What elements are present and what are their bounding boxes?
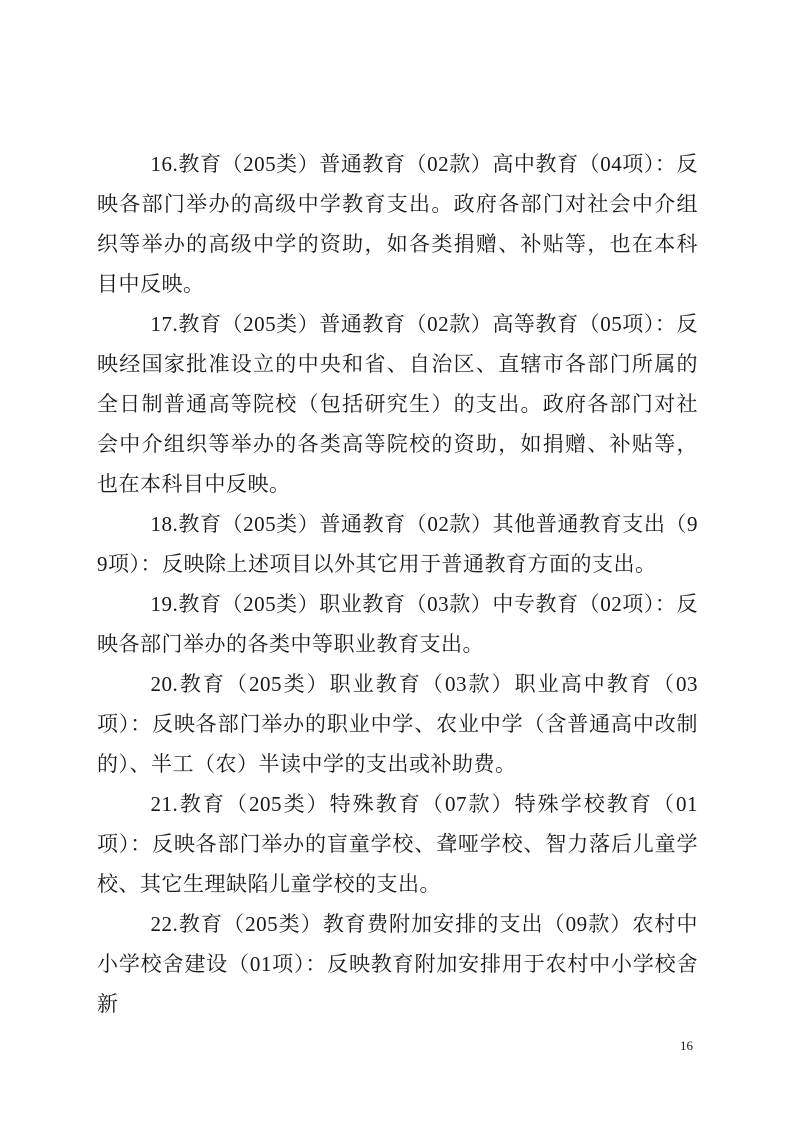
paragraph: 16.教育（205类）普通教育（02款）高中教育（04项）：反映各部门举办的高级… xyxy=(97,144,698,304)
paragraph: 21.教育（205类）特殊教育（07款）特殊学校教育（01项）：反映各部门举办的… xyxy=(97,784,698,904)
paragraph: 20.教育（205类）职业教育（03款）职业高中教育（03项）：反映各部门举办的… xyxy=(97,664,698,784)
paragraph: 18.教育（205类）普通教育（02款）其他普通教育支出（99项）：反映除上述项… xyxy=(97,504,698,584)
paragraph: 22.教育（205类）教育费附加安排的支出（09款）农村中小学校舍建设（01项）… xyxy=(97,904,698,1024)
paragraph: 17.教育（205类）普通教育（02款）高等教育（05项）：反映经国家批准设立的… xyxy=(97,304,698,504)
document-body: 16.教育（205类）普通教育（02款）高中教育（04项）：反映各部门举办的高级… xyxy=(97,144,698,1024)
paragraph: 19.教育（205类）职业教育（03款）中专教育（02项）：反映各部门举办的各类… xyxy=(97,584,698,664)
document-page: 16.教育（205类）普通教育（02款）高中教育（04项）：反映各部门举办的高级… xyxy=(0,0,793,1122)
page-number: 16 xyxy=(680,1037,693,1054)
